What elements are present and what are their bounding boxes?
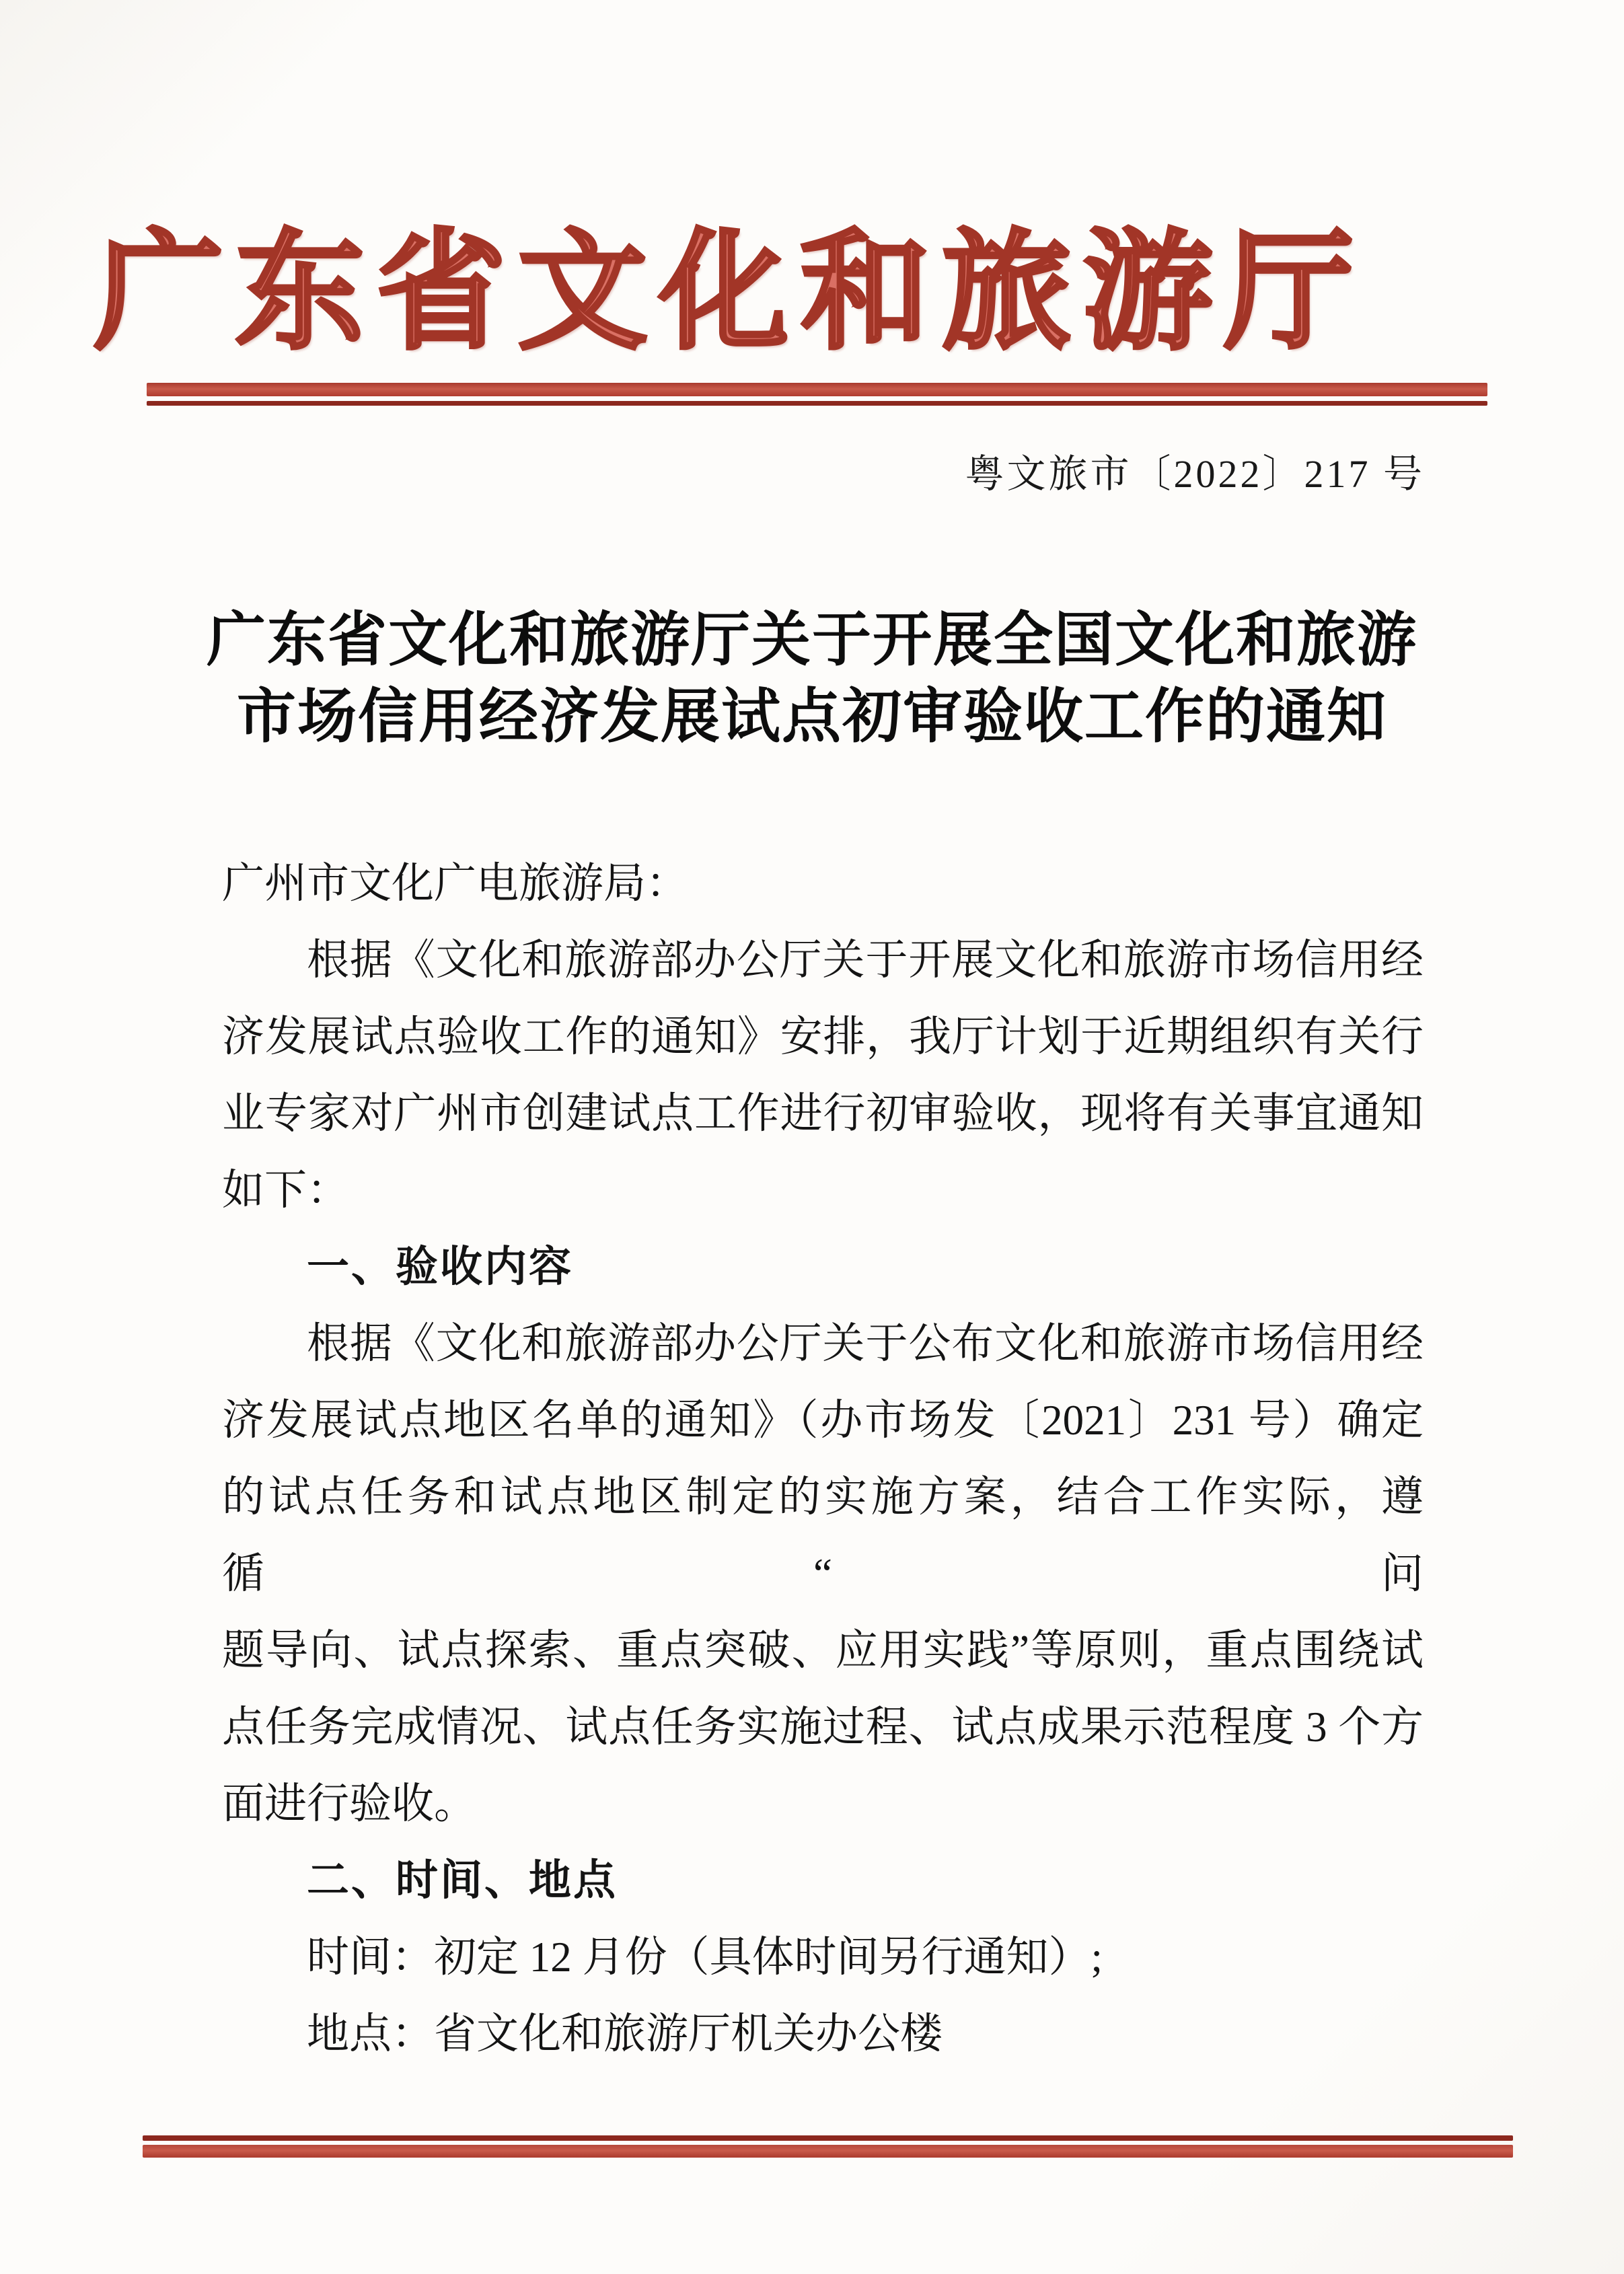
body-line: 题导向、试点探索、重点突破、应用实践”等原则，重点围绕试	[222, 1612, 1424, 1689]
footer-rule-thick	[143, 2145, 1513, 2158]
agency-letterhead-title: 广东省文化和旅游厅	[94, 222, 1366, 365]
body-line: 广州市文化广电旅游局：	[222, 845, 1424, 922]
body-line: 时间：初定 12 月份（具体时间另行通知）;	[222, 1919, 1424, 1995]
body-line: 面进行验收。	[222, 1765, 1424, 1842]
letterhead-rule-thin	[147, 401, 1487, 406]
body-line: 地点：省文化和旅游厅机关办公楼	[222, 1995, 1424, 2072]
body-line: 济发展试点验收工作的通知》安排，我厅计划于近期组织有关行	[222, 998, 1424, 1075]
document-number: 粤文旅市〔2022〕217 号	[965, 452, 1425, 497]
body-line: 根据《文化和旅游部办公厅关于开展文化和旅游市场信用经	[222, 922, 1424, 998]
body-line: 二、时间、地点	[222, 1842, 1424, 1919]
body-text: 广州市文化广电旅游局：根据《文化和旅游部办公厅关于开展文化和旅游市场信用经济发展…	[222, 845, 1424, 2072]
document-title: 广东省文化和旅游厅关于开展全国文化和旅游 市场信用经济发展试点初审验收工作的通知	[0, 603, 1624, 756]
document-title-line1: 广东省文化和旅游厅关于开展全国文化和旅游	[0, 603, 1624, 680]
body-line: 根据《文化和旅游部办公厅关于公布文化和旅游市场信用经	[222, 1305, 1424, 1382]
body-line: 如下：	[222, 1152, 1424, 1228]
document-title-line2: 市场信用经济发展试点初审验收工作的通知	[0, 680, 1624, 756]
body-line: 一、验收内容	[222, 1228, 1424, 1305]
body-line: 的试点任务和试点地区制定的实施方案，结合工作实际，遵循“问	[222, 1459, 1424, 1612]
body-line: 业专家对广州市创建试点工作进行初审验收，现将有关事宜通知	[222, 1075, 1424, 1152]
document-page: 广东省文化和旅游厅 粤文旅市〔2022〕217 号 广东省文化和旅游厅关于开展全…	[0, 0, 1624, 2274]
footer-rule-thin	[143, 2135, 1513, 2141]
body-line: 点任务完成情况、试点任务实施过程、试点成果示范程度 3 个方	[222, 1689, 1424, 1765]
letterhead-rule-thick	[147, 383, 1487, 396]
body-line: 济发展试点地区名单的通知》（办市场发〔2021〕231 号）确定	[222, 1382, 1424, 1459]
